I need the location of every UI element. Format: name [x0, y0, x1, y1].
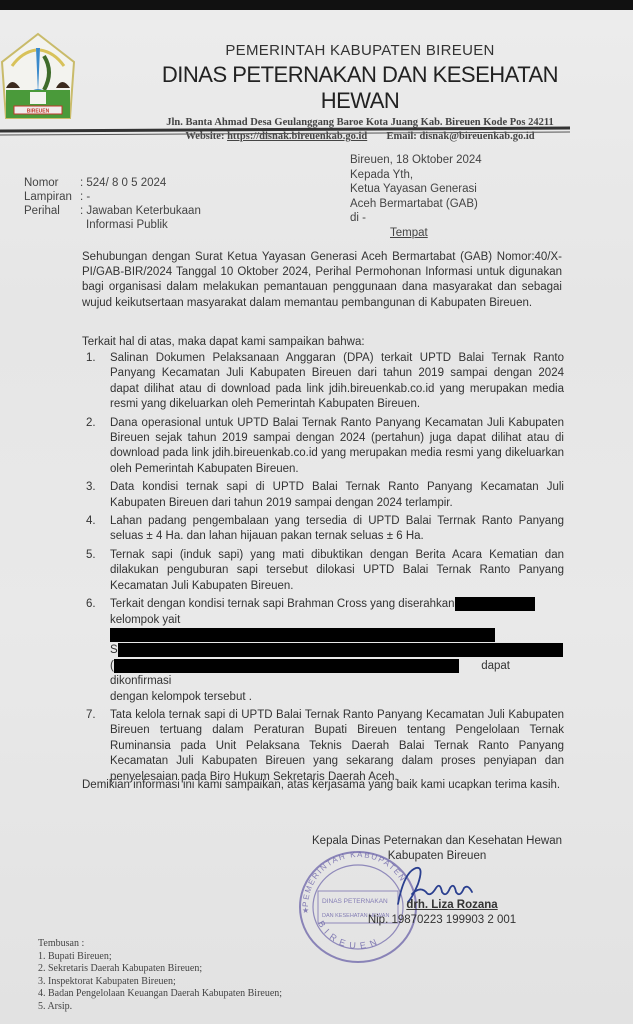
redaction-bar [110, 628, 495, 642]
closing-paragraph: Demikian informasi ini kami sampaikan, a… [82, 778, 562, 793]
lampiran-label: Lampiran [24, 190, 80, 204]
signatory-title: Kepala Dinas Peternakan dan Kesehatan He… [292, 834, 582, 849]
cc-item: 4. Badan Pengelolaan Keuangan Daerah Kab… [38, 988, 282, 1001]
letter-page: BIREUEN PEMERINTAH KABUPATEN BIREUEN DIN… [0, 10, 633, 1024]
government-name: PEMERINTAH KABUPATEN BIREUEN [150, 42, 570, 59]
signature-block: Kepala Dinas Peternakan dan Kesehatan He… [292, 834, 582, 928]
recipient-block: Bireuen, 18 Oktober 2024 Kepada Yth, Ket… [350, 153, 482, 240]
perihal-label: Perihal [24, 204, 80, 218]
svg-text:BIREUEN: BIREUEN [27, 109, 50, 115]
nomor-value: : 524/ 8 0 5 2024 [80, 176, 240, 190]
recipient-line-2: Aceh Bermartabat (GAB) [350, 197, 482, 212]
agency-name: DINAS PETERNAKAN DAN KESEHATAN HEWAN [150, 62, 570, 114]
signatory-name: drh. Liza Rozana [292, 898, 582, 913]
cc-item: 2. Sekretaris Daerah Kabupaten Bireuen; [38, 963, 282, 976]
signatory-region: Kabupaten Bireuen [292, 849, 582, 864]
points-list: 1.Salinan Dokumen Pelaksanaan Anggaran (… [82, 351, 564, 788]
list-item: 1.Salinan Dokumen Pelaksanaan Anggaran (… [82, 351, 564, 413]
recipient-line-1: Ketua Yayasan Generasi [350, 182, 482, 197]
recipient-tempat: Tempat [390, 226, 482, 241]
top-black-bar [0, 0, 633, 10]
cc-item: 1. Bupati Bireuen; [38, 951, 282, 964]
recipient-salutation: Kepada Yth, [350, 168, 482, 183]
place-date: Bireuen, 18 Oktober 2024 [350, 153, 482, 168]
redaction-bar [455, 597, 535, 611]
signatory-nip: Nip. 19870223 199903 2 001 [292, 913, 582, 928]
carbon-copy-list: Tembusan : 1. Bupati Bireuen; 2. Sekreta… [38, 938, 282, 1013]
regency-logo-icon: BIREUEN [0, 32, 76, 124]
letter-meta: Nomor: 524/ 8 0 5 2024 Lampiran: - Perih… [24, 176, 246, 232]
lampiran-value: : - [80, 190, 240, 204]
list-item-redacted: 6. Terkait dengan kondisi ternak sapi Br… [82, 597, 564, 705]
list-item: 4.Lahan padang pengembalaan yang tersedi… [82, 514, 564, 545]
perihal-value-cont: Informasi Publik [80, 218, 246, 232]
recipient-di: di - [350, 211, 482, 226]
cc-item: 5. Arsip. [38, 1001, 282, 1014]
nomor-label: Nomor [24, 176, 80, 190]
redaction-bar [114, 659, 459, 673]
cc-label: Tembusan : [38, 938, 282, 951]
list-item: 2.Dana operasional untuk UPTD Balai Tern… [82, 416, 564, 478]
redaction-bar [118, 643, 563, 657]
perihal-value: : Jawaban Keterbukaan [80, 204, 240, 218]
list-item: 7.Tata kelola ternak sapi di UPTD Balai … [82, 708, 564, 785]
opening-paragraph: Sehubungan dengan Surat Ketua Yayasan Ge… [82, 250, 562, 311]
list-item: 5.Ternak sapi (induk sapi) yang mati dib… [82, 548, 564, 594]
cc-item: 3. Inspektorat Kabupaten Bireuen; [38, 976, 282, 989]
list-item: 3.Data kondisi ternak sapi di UPTD Balai… [82, 480, 564, 511]
intro-line: Terkait hal di atas, maka dapat kami sam… [82, 335, 562, 350]
